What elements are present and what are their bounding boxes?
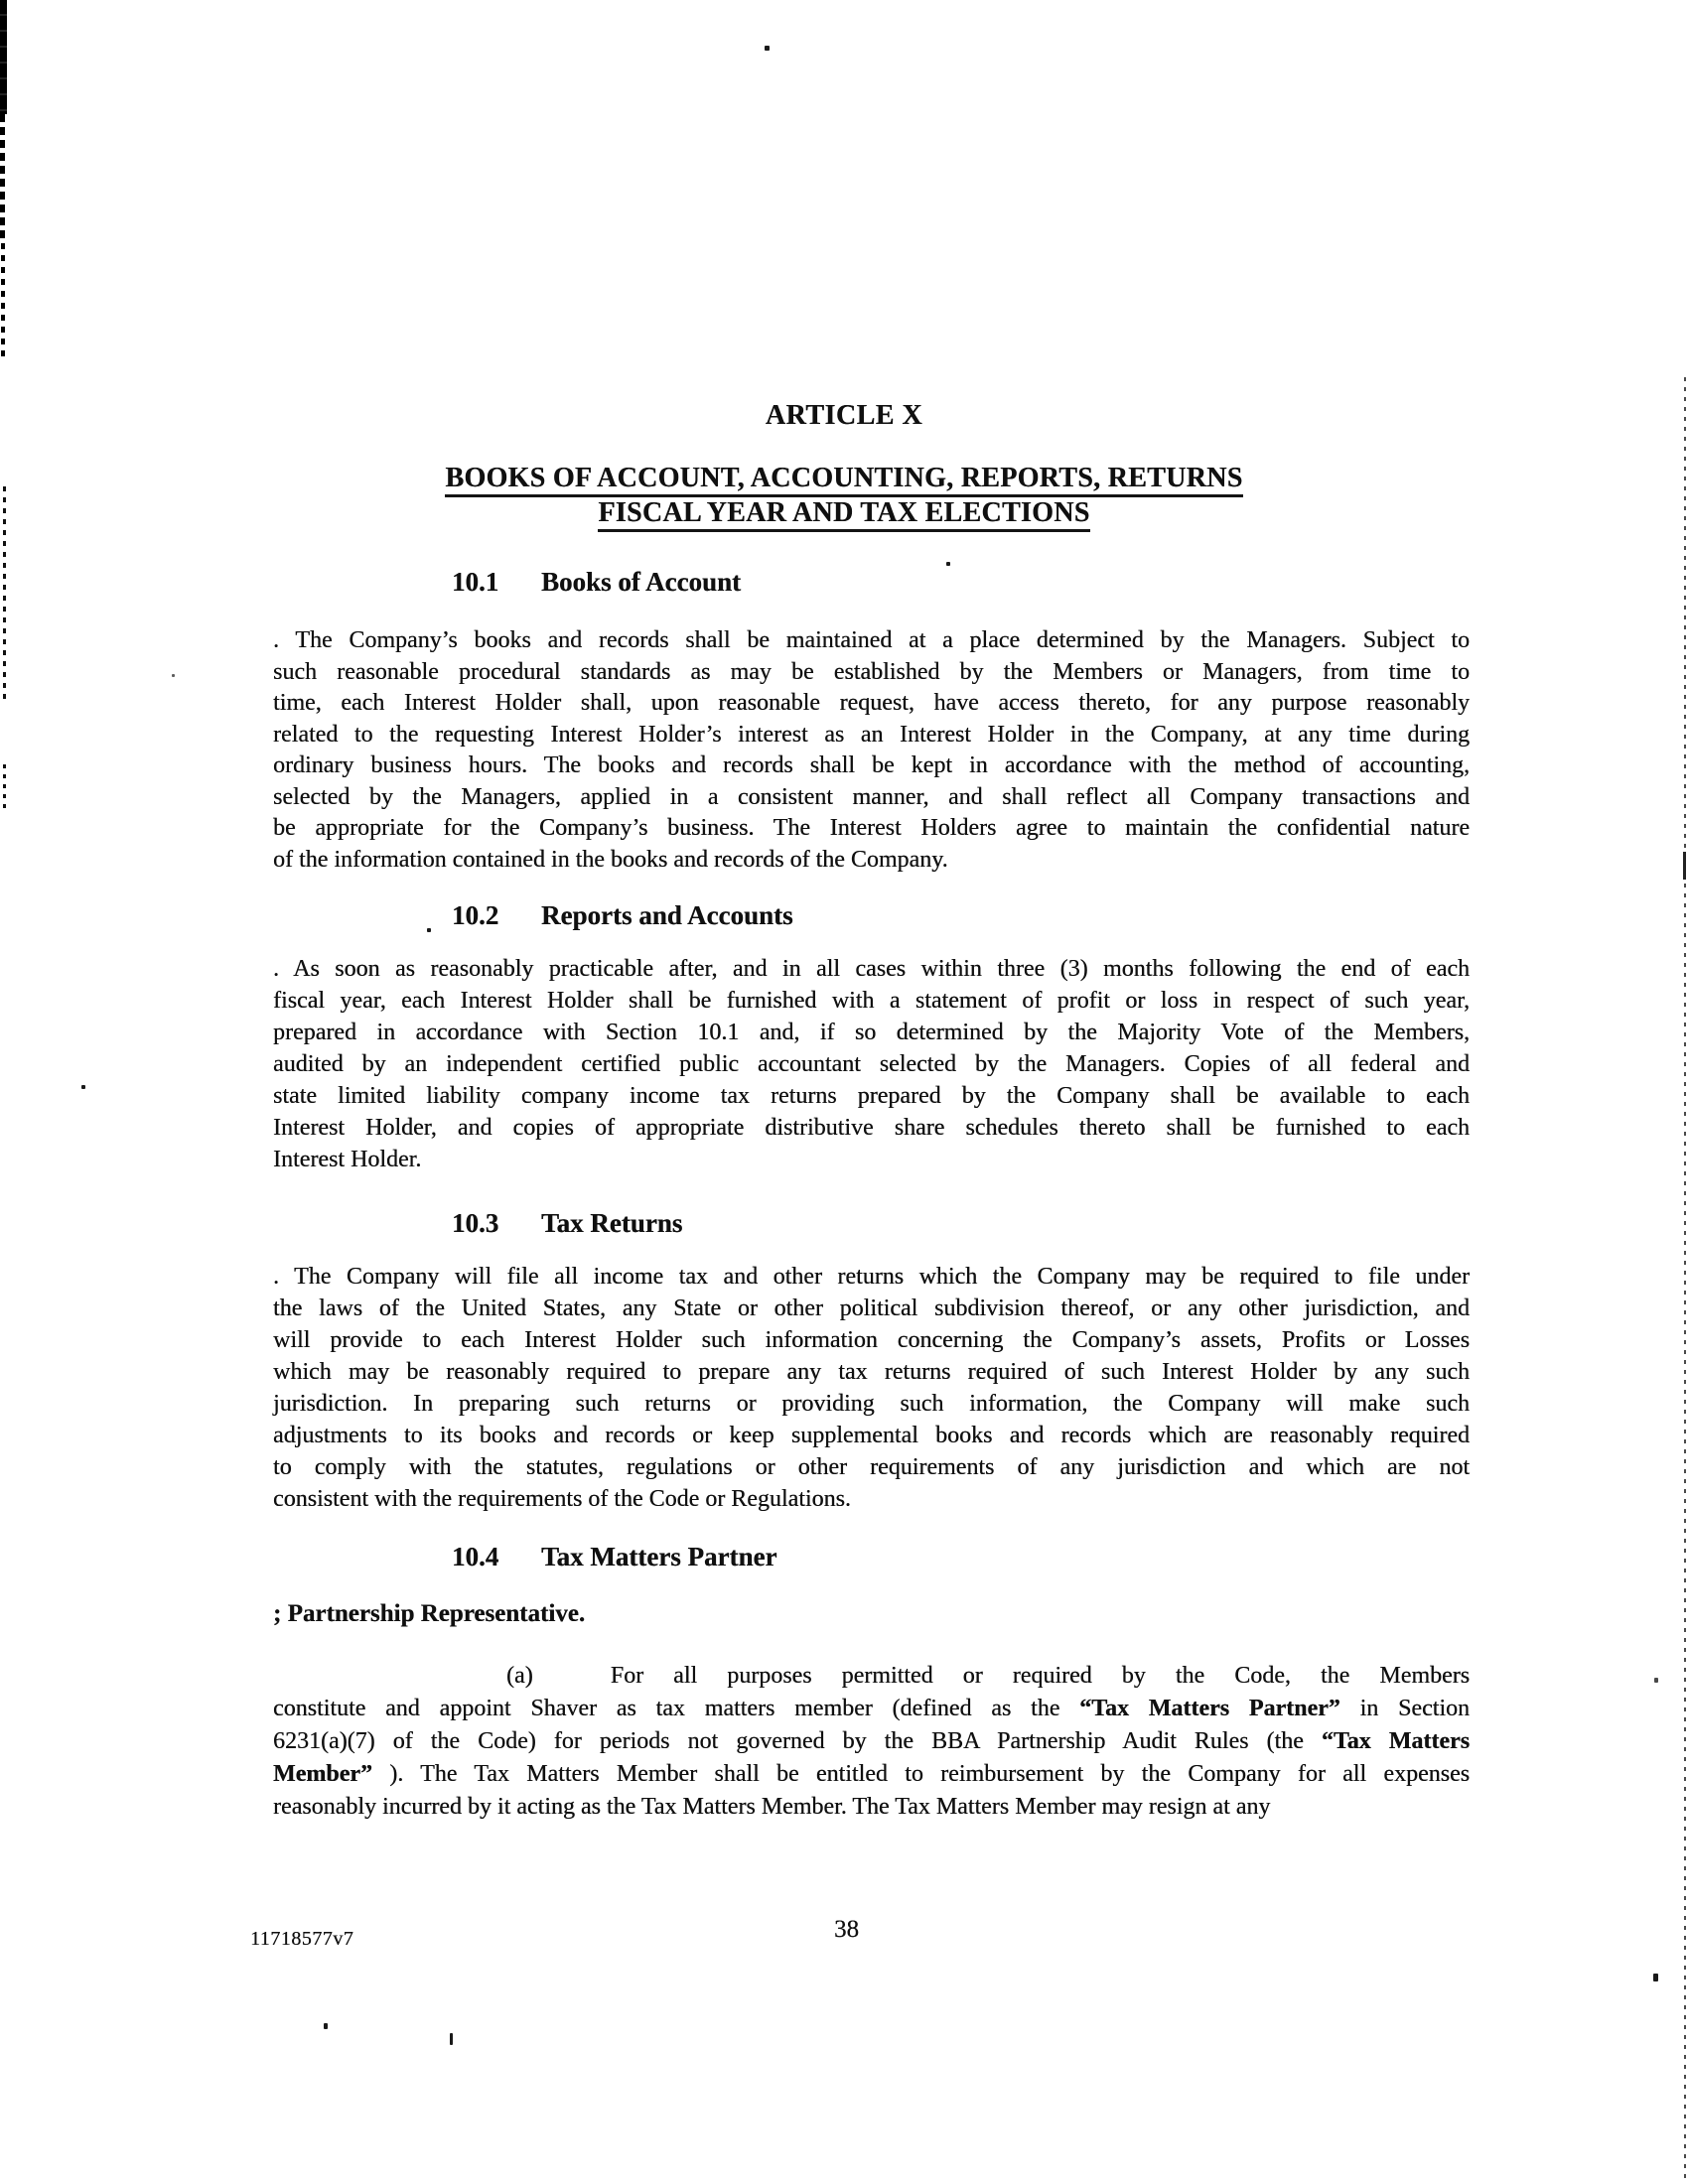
- scan-artifact-right-edge: [1684, 377, 1686, 2184]
- section-heading-10.3: 10.3Tax Returns: [273, 1207, 1470, 1240]
- paragraph-line: Interest Holder, and copies of appropria…: [273, 1112, 1470, 1144]
- text-segment: to comply with the statutes, regulations…: [273, 1454, 1470, 1480]
- paragraph-line: of the information contained in the book…: [273, 845, 1470, 877]
- paragraph-line: fiscal year, each Interest Holder shall …: [273, 985, 1470, 1017]
- scan-artifact-left-edge: [3, 486, 6, 700]
- text-segment: . As soon as reasonably practicable afte…: [273, 956, 1470, 982]
- section-paragraph: . The Company’s books and records shall …: [273, 625, 1470, 876]
- paragraph-line: constitute and appoint Shaver as tax mat…: [273, 1693, 1470, 1725]
- defined-term: Member”: [273, 1761, 372, 1787]
- text-segment: will provide to each Interest Holder suc…: [273, 1327, 1470, 1353]
- section-title: Tax Returns: [541, 1208, 682, 1238]
- text-segment: 6231(a)(7) of the Code) for periods not …: [273, 1728, 1322, 1754]
- paragraph-line: the laws of the United States, any State…: [273, 1293, 1470, 1324]
- text-segment: such reasonable procedural standards as …: [273, 659, 1470, 685]
- paragraph-line: audited by an independent certified publ…: [273, 1048, 1470, 1080]
- paragraph-line: . The Company’s books and records shall …: [273, 625, 1470, 657]
- page-number: 38: [834, 1916, 859, 1944]
- scan-artifact-left-edge: [0, 114, 5, 243]
- text-segment: jurisdiction. In preparing such returns …: [273, 1391, 1470, 1417]
- section-title: Tax Matters Partner: [541, 1542, 776, 1571]
- text-segment: consistent with the requirements of the …: [273, 1486, 851, 1512]
- document-title-line: BOOKS OF ACCOUNT, ACCOUNTING, REPORTS, R…: [273, 461, 1415, 495]
- paragraph-line: Member” ). The Tax Matters Member shall …: [273, 1758, 1470, 1791]
- text-segment: selected by the Managers, applied in a c…: [273, 784, 1470, 810]
- text-segment: (a): [506, 1663, 533, 1689]
- scan-artifact-left-edge: [3, 764, 6, 809]
- scan-speck: [1653, 1974, 1658, 1981]
- text-segment: audited by an independent certified publ…: [273, 1051, 1470, 1077]
- text-segment: . The Company will file all income tax a…: [273, 1264, 1470, 1290]
- text-segment: adjustments to its books and records or …: [273, 1423, 1470, 1448]
- paragraph-line: related to the requesting Interest Holde…: [273, 720, 1470, 751]
- paragraph-line: prepared in accordance with Section 10.1…: [273, 1017, 1470, 1048]
- text-segment: constitute and appoint Shaver as tax mat…: [273, 1696, 1079, 1721]
- paragraph-line: which may be reasonably required to prep…: [273, 1356, 1470, 1388]
- scan-artifact-right-edge: [1683, 852, 1686, 880]
- paragraph-line: be appropriate for the Company’s busines…: [273, 813, 1470, 845]
- paragraph-line: adjustments to its books and records or …: [273, 1420, 1470, 1451]
- section-lead-in: ; Partnership Representative.: [273, 1600, 585, 1628]
- text-segment: . The Company’s books and records shall …: [273, 627, 1470, 653]
- text-segment: reasonably incurred by it acting as the …: [273, 1794, 1270, 1820]
- paragraph-line: consistent with the requirements of the …: [273, 1483, 1470, 1515]
- scan-speck: [172, 674, 175, 677]
- paragraph-line: . As soon as reasonably practicable afte…: [273, 953, 1470, 985]
- section-number: 10.4: [452, 1541, 541, 1573]
- text-segment: related to the requesting Interest Holde…: [273, 722, 1470, 748]
- paragraph-line: . The Company will file all income tax a…: [273, 1261, 1470, 1293]
- text-segment: the laws of the United States, any State…: [273, 1296, 1470, 1321]
- section-paragraph: (a) For all purposes permitted or requir…: [273, 1660, 1470, 1824]
- scan-artifact-left-edge: [0, 0, 7, 114]
- paragraph-line: jurisdiction. In preparing such returns …: [273, 1388, 1470, 1420]
- scan-speck: [450, 2033, 453, 2045]
- document-page: ARTICLE X BOOKS OF ACCOUNT, ACCOUNTING, …: [0, 0, 1688, 2184]
- text-segment: fiscal year, each Interest Holder shall …: [273, 988, 1470, 1014]
- section-heading-10.1: 10.1Books of Account: [273, 566, 1470, 599]
- text-segment: in Section: [1360, 1696, 1470, 1721]
- text-segment: state limited liability company income t…: [273, 1083, 1470, 1109]
- paragraph-line: time, each Interest Holder shall, upon r…: [273, 688, 1470, 720]
- paragraph-line: to comply with the statutes, regulations…: [273, 1451, 1470, 1483]
- paragraph-line: reasonably incurred by it acting as the …: [273, 1791, 1470, 1824]
- document-title: BOOKS OF ACCOUNT, ACCOUNTING, REPORTS, R…: [273, 461, 1415, 530]
- section-paragraph: . The Company will file all income tax a…: [273, 1261, 1470, 1515]
- section-number: 10.3: [452, 1207, 541, 1240]
- article-heading: ARTICLE X: [273, 400, 1415, 432]
- section-paragraph: . As soon as reasonably practicable afte…: [273, 953, 1470, 1175]
- section-title: Books of Account: [541, 567, 741, 597]
- section-heading-10.4: 10.4Tax Matters Partner: [273, 1541, 1470, 1573]
- scan-speck: [1654, 1678, 1658, 1683]
- paragraph-line: Interest Holder.: [273, 1144, 1470, 1175]
- document-title-line: FISCAL YEAR AND TAX ELECTIONS: [273, 495, 1415, 530]
- paragraph-line: (a) For all purposes permitted or requir…: [273, 1660, 1470, 1693]
- text-segment: time, each Interest Holder shall, upon r…: [273, 690, 1470, 716]
- text-segment: ). The Tax Matters Member shall be entit…: [389, 1761, 1470, 1787]
- paragraph-line: ordinary business hours. The books and r…: [273, 751, 1470, 782]
- paragraph-line: will provide to each Interest Holder suc…: [273, 1324, 1470, 1356]
- text-segment: which may be reasonably required to prep…: [273, 1359, 1470, 1385]
- text-segment: ordinary business hours. The books and r…: [273, 752, 1470, 778]
- section-title: Reports and Accounts: [541, 900, 793, 930]
- section-number: 10.2: [452, 899, 541, 932]
- paragraph-line: selected by the Managers, applied in a c…: [273, 782, 1470, 814]
- scan-speck: [765, 46, 770, 51]
- scan-speck: [81, 1085, 85, 1089]
- text-segment: Interest Holder.: [273, 1147, 421, 1172]
- paragraph-line: such reasonable procedural standards as …: [273, 657, 1470, 689]
- paragraph-line: 6231(a)(7) of the Code) for periods not …: [273, 1725, 1470, 1758]
- text-segment: of the information contained in the book…: [273, 847, 948, 873]
- text-segment: Interest Holder, and copies of appropria…: [273, 1115, 1470, 1141]
- paragraph-line: state limited liability company income t…: [273, 1080, 1470, 1112]
- text-segment: For all purposes permitted or required b…: [611, 1663, 1470, 1689]
- text-segment: be appropriate for the Company’s busines…: [273, 815, 1470, 841]
- defined-term: “Tax Matters Partner”: [1079, 1696, 1340, 1721]
- scan-speck: [324, 2023, 328, 2029]
- document-number: 11718577v7: [250, 1928, 353, 1951]
- defined-term: “Tax Matters: [1322, 1728, 1470, 1754]
- section-number: 10.1: [452, 566, 541, 599]
- text-segment: prepared in accordance with Section 10.1…: [273, 1020, 1470, 1045]
- section-heading-10.2: 10.2Reports and Accounts: [273, 899, 1470, 932]
- scan-artifact-left-edge: [1, 243, 5, 357]
